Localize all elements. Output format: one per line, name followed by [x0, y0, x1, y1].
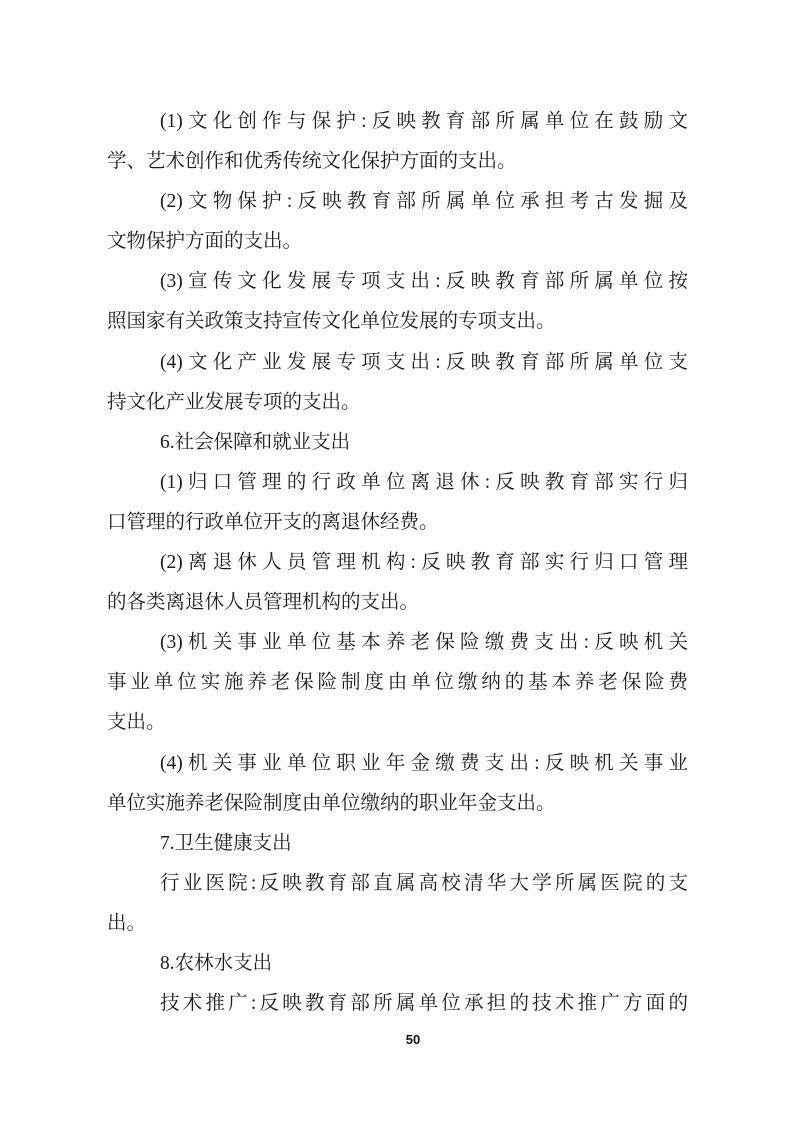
text-line: (2)文物保护:反映教育部所属单位承担考古发掘及 — [107, 182, 688, 222]
text-line: 支出。 — [107, 703, 688, 743]
text-line: 口管理的行政单位开支的离退休经费。 — [107, 503, 688, 543]
text-line: 文物保护方面的支出。 — [107, 222, 688, 262]
text-line: 单位实施养老保险制度由单位缴纳的职业年金支出。 — [107, 784, 688, 824]
text-line: 照国家有关政策支持宣传文化单位发展的专项支出。 — [107, 302, 688, 342]
text-line: 的各类离退休人员管理机构的支出。 — [107, 583, 688, 623]
text-line: 学、艺术创作和优秀传统文化保护方面的支出。 — [107, 142, 688, 182]
text-line: 7.卫生健康支出 — [107, 824, 688, 864]
text-line: 行业医院:反映教育部直属高校清华大学所属医院的支 — [107, 864, 688, 904]
text-line: (1)归口管理的行政单位离退休:反映教育部实行归 — [107, 463, 688, 503]
text-line: (4)机关事业单位职业年金缴费支出:反映机关事业 — [107, 744, 688, 784]
text-line: 8.农林水支出 — [107, 944, 688, 984]
text-line: 出。 — [107, 904, 688, 944]
text-line: (1)文化创作与保护:反映教育部所属单位在鼓励文 — [107, 102, 688, 142]
text-line: (3)机关事业单位基本养老保险缴费支出:反映机关 — [107, 623, 688, 663]
document-page: (1)文化创作与保护:反映教育部所属单位在鼓励文学、艺术创作和优秀传统文化保护方… — [0, 0, 800, 1131]
text-lines: (1)文化创作与保护:反映教育部所属单位在鼓励文学、艺术创作和优秀传统文化保护方… — [107, 102, 688, 1024]
text-line: 技术推广:反映教育部所属单位承担的技术推广方面的 — [107, 984, 688, 1024]
text-line: 6.社会保障和就业支出 — [107, 423, 688, 463]
text-line: 事业单位实施养老保险制度由单位缴纳的基本养老保险费 — [107, 663, 688, 703]
text-line: (4)文化产业发展专项支出:反映教育部所属单位支 — [107, 343, 688, 383]
page-number: 50 — [0, 1031, 800, 1049]
text-line: (3)宣传文化发展专项支出:反映教育部所属单位按 — [107, 262, 688, 302]
text-line: (2)离退休人员管理机构:反映教育部实行归口管理 — [107, 543, 688, 583]
text-line: 持文化产业发展专项的支出。 — [107, 383, 688, 423]
